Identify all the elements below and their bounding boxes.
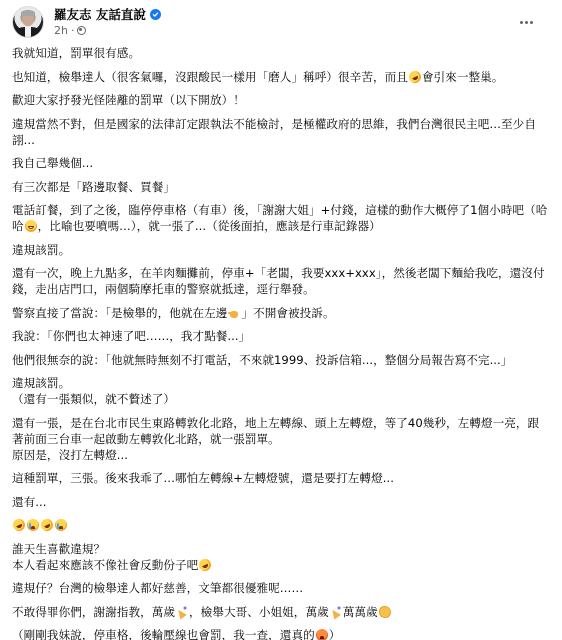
- post-paragraph: 違規仔？台灣的檢舉達人都好慈善，文筆都很優雅呢……: [12, 580, 550, 596]
- post-paragraph: 還有一張，是在台北市民生東路轉敦化北路，地上左轉線、頭上左轉燈，等了40幾秒，左…: [12, 415, 550, 447]
- paragraph-text: 他們很無奈的說：「他就無時無刻不打電話，不來就1999、投訴信箱...，整個分局…: [12, 353, 512, 367]
- more-dot-icon: [525, 21, 528, 24]
- paragraph-text: 會引來一整巢。: [422, 70, 504, 84]
- more-dot-icon: [520, 21, 523, 24]
- grin-emoji-icon: [25, 220, 37, 232]
- pointing-left-emoji-icon: [228, 307, 240, 319]
- post-paragraph: 有三次都是「路邊取餐、買餐」: [12, 179, 550, 195]
- clapping-emoji-icon: [379, 606, 391, 618]
- paragraph-text: （剛剛我妹說，停車格，後輪壓線也會罰，我一查，還真的: [12, 628, 315, 640]
- paragraph-text: 違規該罰。: [12, 376, 70, 390]
- post-paragraph: 我說：「你們也太神速了吧……，我才點餐...」: [12, 328, 550, 344]
- crying-emoji-icon: [27, 519, 39, 531]
- post-paragraph: 電話訂餐，到了之後，臨停停車格（有車）後，「謝謝大姐」+付錢，這樣的動作大概停了…: [12, 202, 550, 234]
- post-paragraph: 不敢得罪你們，謝謝指教，萬歲，檢舉大哥、小姐姐，萬歲萬萬歲: [12, 604, 550, 620]
- post-paragraph: 他們很無奈的說：「他就無時無刻不打電話，不來就1999、投訴信箱...，整個分局…: [12, 352, 550, 368]
- paragraph-text: 也知道，檢舉達人（很客氣囉，沒跟酸民一樣用「磨人」稱呼）很辛苦，而且: [12, 70, 408, 84]
- paragraph-text: 萬萬歲: [343, 605, 378, 619]
- post-paragraph: 違規該罰。: [12, 242, 550, 258]
- post-paragraph: 本人看起來應該不像社會反動份子吧: [12, 557, 550, 573]
- crying-emoji-icon: [55, 519, 67, 531]
- author-row: 羅友志 友話直說: [54, 7, 161, 23]
- more-options-button[interactable]: [516, 16, 536, 28]
- paragraph-text: 有三次都是「路邊取餐、買餐」: [12, 180, 175, 194]
- avatar-shirt: [25, 27, 31, 37]
- author-name[interactable]: 羅友志 友話直說: [54, 7, 146, 23]
- post-paragraph: 這種罰單，三張。後來我乖了…哪怕左轉線+左轉燈號，還是要打左轉燈...: [12, 470, 550, 486]
- paragraph-text: 還有...: [12, 495, 47, 509]
- globe-icon[interactable]: [77, 26, 86, 35]
- post-paragraph: [12, 517, 550, 533]
- paragraph-text: 警察直接了當說：「是檢舉的，他就在左邊: [12, 306, 227, 320]
- more-dot-icon: [530, 21, 533, 24]
- paragraph-text: ，比喻也要噴嗎…），就一張了...（從後面拍，應該是行車記錄器）: [38, 219, 381, 233]
- post-paragraph: 也知道，檢舉達人（很客氣囉，沒跟酸民一樣用「磨人」稱呼）很辛苦，而且會引來一整巢…: [12, 69, 550, 85]
- paragraph-text: 還有一張，是在台北市民生東路轉敦化北路，地上左轉線、頭上左轉燈，等了40幾秒，左…: [12, 416, 539, 446]
- post-paragraph: 我就知道，罰單很有感。: [12, 45, 550, 61]
- post-paragraph: 違規當然不對，但是國家的法律訂定跟執法不能檢討，是極權政府的思維，我們台灣很民主…: [12, 116, 550, 148]
- paragraph-text: （還有一張類似，就不贅述了）: [12, 392, 175, 406]
- paragraph-text: 我說：「你們也太神速了吧……，我才點餐...」: [12, 329, 250, 343]
- paragraph-text: 違規當然不對，但是國家的法律訂定跟執法不能檢討，是極權政府的思維，我們台灣很民主…: [12, 117, 536, 147]
- rofl-emoji-icon: [11, 517, 27, 533]
- header-meta: 羅友志 友話直說 2h ·: [54, 7, 161, 38]
- post-paragraph: 原因是，沒打左轉燈...: [12, 447, 550, 463]
- meta-separator: ·: [71, 24, 75, 37]
- post-meta: 2h ·: [54, 24, 161, 38]
- paragraph-text: 還有一次，晚上九點多，在羊肉麵攤前，停車+「老闆，我要xxx+xxx」，然後老闆…: [12, 266, 545, 296]
- verified-badge-icon: [150, 9, 161, 20]
- post-paragraph: （還有一張類似，就不贅述了）: [12, 391, 550, 407]
- paragraph-text: 違規仔？台灣的檢舉達人都好慈善，文筆都很優雅呢……: [12, 581, 303, 595]
- paragraph-text: 不敢得罪你們，謝謝指教，萬歲: [12, 605, 175, 619]
- post-paragraph: 違規該罰。: [12, 375, 550, 391]
- paragraph-text: 」不開會被投訴。: [241, 306, 334, 320]
- party-popper-emoji-icon: [330, 606, 342, 618]
- avatar-hair: [21, 10, 35, 16]
- facebook-post: 羅友志 友話直說 2h · 我就知道，罰單很有感。也知道，檢舉達人（很客氣囉，沒…: [0, 0, 562, 640]
- post-paragraph: 警察直接了當說：「是檢舉的，他就在左邊」不開會被投訴。: [12, 305, 550, 321]
- paragraph-text: 我就知道，罰單很有感。: [12, 46, 140, 60]
- post-body: 我就知道，罰單很有感。也知道，檢舉達人（很客氣囉，沒跟酸民一樣用「磨人」稱呼）很…: [0, 40, 562, 640]
- rofl-emoji-icon: [197, 557, 213, 573]
- paragraph-text: 違規該罰。: [12, 243, 70, 257]
- rofl-emoji-icon: [39, 517, 55, 533]
- post-paragraph: 還有一次，晚上九點多，在羊肉麵攤前，停車+「老闆，我要xxx+xxx」，然後老闆…: [12, 265, 550, 297]
- paragraph-text: 歡迎大家抒發光怪陸離的罰單（以下開放）！: [12, 93, 245, 107]
- post-header: 羅友志 友話直說 2h ·: [0, 4, 562, 40]
- paragraph-text: ，檢舉大哥、小姐姐，萬歲: [189, 605, 329, 619]
- paragraph-text: 這種罰單，三張。後來我乖了…哪怕左轉線+左轉燈號，還是要打左轉燈...: [12, 471, 394, 485]
- paragraph-text: 本人看起來應該不像社會反動份子吧: [12, 558, 198, 572]
- post-paragraph: （剛剛我妹說，停車格，後輪壓線也會罰，我一查，還真的）: [12, 627, 550, 640]
- post-paragraph: 我自己舉幾個...: [12, 155, 550, 171]
- post-paragraph: 誰天生喜歡違規？: [12, 541, 550, 557]
- author-avatar[interactable]: [12, 6, 44, 38]
- sad-emoji-icon: [316, 629, 328, 640]
- post-paragraph: 還有...: [12, 494, 550, 510]
- post-timestamp[interactable]: 2h: [54, 24, 68, 37]
- paragraph-text: 我自己舉幾個...: [12, 156, 93, 170]
- rofl-emoji-icon: [407, 69, 423, 85]
- party-popper-emoji-icon: [176, 606, 188, 618]
- paragraph-text: 誰天生喜歡違規？: [12, 542, 105, 556]
- paragraph-text: ）: [329, 628, 341, 640]
- paragraph-text: 原因是，沒打左轉燈...: [12, 448, 128, 462]
- post-paragraph: 歡迎大家抒發光怪陸離的罰單（以下開放）！: [12, 92, 550, 108]
